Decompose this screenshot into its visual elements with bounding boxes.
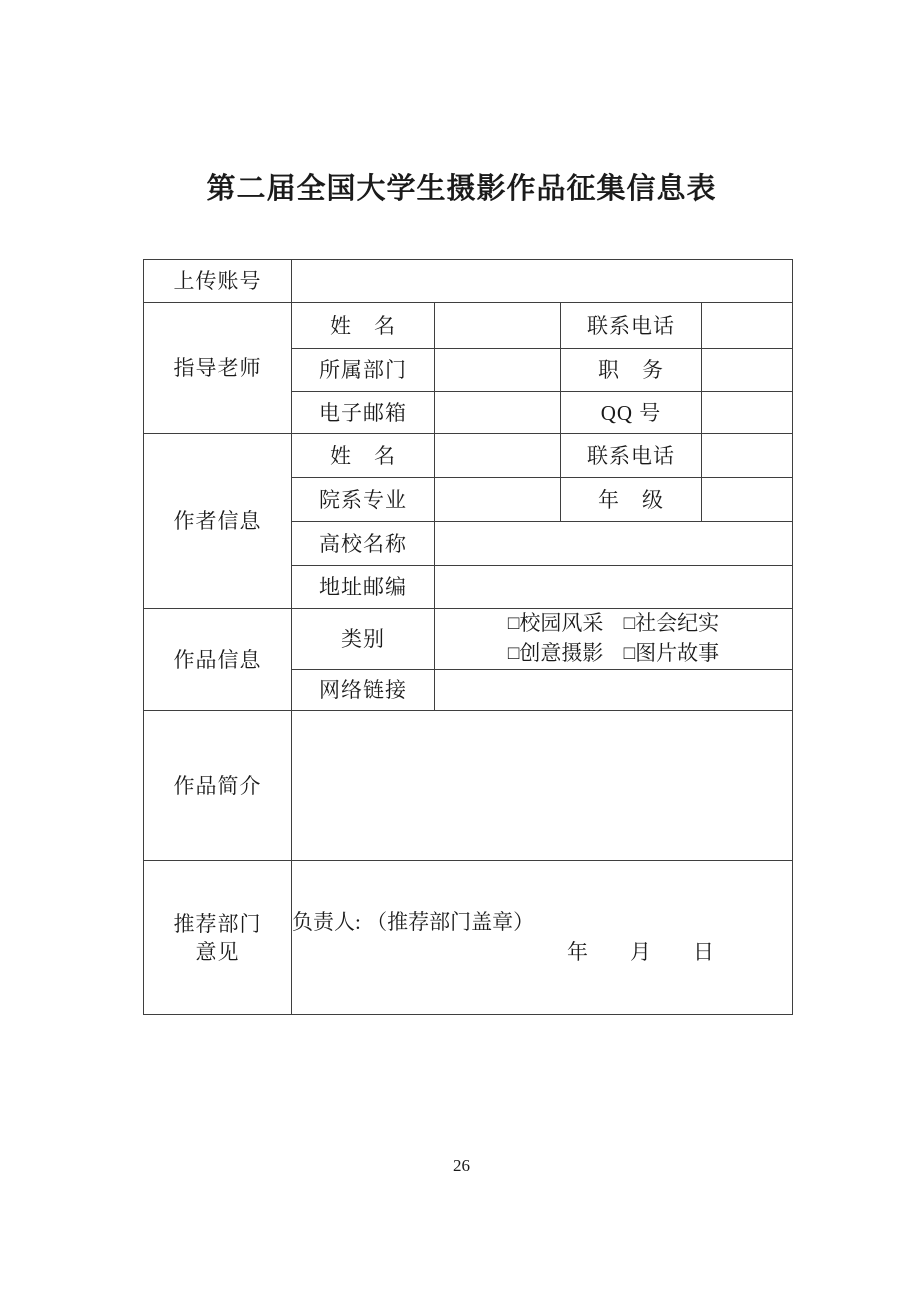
advisor-phone-field[interactable] — [702, 303, 793, 349]
author-address-label: 地址邮编 — [292, 566, 435, 609]
checkbox-option-creative[interactable]: □创意摄影 — [508, 639, 603, 669]
checkbox-icon: □ — [508, 640, 519, 668]
author-section-label: 作者信息 — [144, 434, 292, 609]
advisor-section-label: 指导老师 — [144, 303, 292, 434]
author-phone-field[interactable] — [702, 434, 793, 478]
author-major-field[interactable] — [435, 478, 561, 522]
form-title: 第二届全国大学生摄影作品征集信息表 — [0, 170, 923, 208]
upload-account-field[interactable] — [292, 260, 793, 303]
author-major-label: 院系专业 — [292, 478, 435, 522]
table-row: 指导老师 姓 名 联系电话 — [144, 303, 793, 349]
advisor-department-label: 所属部门 — [292, 349, 435, 392]
checkbox-option-society[interactable]: □社会纪实 — [624, 609, 719, 639]
checkbox-option-photostory[interactable]: □图片故事 — [624, 639, 719, 669]
recommendation-field[interactable]: 负责人: （推荐部门盖章） 年 月 日 — [292, 861, 793, 1015]
upload-account-label: 上传账号 — [144, 260, 292, 303]
advisor-email-label: 电子邮箱 — [292, 392, 435, 434]
table-row: 作者信息 姓 名 联系电话 — [144, 434, 793, 478]
author-grade-label: 年 级 — [561, 478, 702, 522]
advisor-name-label: 姓 名 — [292, 303, 435, 349]
advisor-email-field[interactable] — [435, 392, 561, 434]
checkbox-option-campus[interactable]: □校园风采 — [508, 609, 603, 639]
author-phone-label: 联系电话 — [561, 434, 702, 478]
table-row: 上传账号 — [144, 260, 793, 303]
category-options-line: □校园风采 □社会纪实 — [435, 609, 792, 639]
author-name-field[interactable] — [435, 434, 561, 478]
work-link-label: 网络链接 — [292, 670, 435, 711]
checkbox-option-label: 创意摄影 — [519, 641, 603, 665]
work-category-label: 类别 — [292, 609, 435, 670]
date-line: 年 月 日 — [292, 938, 792, 967]
advisor-qq-field[interactable] — [702, 392, 793, 434]
document-page: 第二届全国大学生摄影作品征集信息表 上传账号 指导老师 姓 名 联系电话 — [0, 0, 923, 1305]
table-row: 推荐部门 意见 负责人: （推荐部门盖章） 年 月 日 — [144, 861, 793, 1015]
author-university-label: 高校名称 — [292, 522, 435, 566]
work-link-field[interactable] — [435, 670, 793, 711]
author-name-label: 姓 名 — [292, 434, 435, 478]
checkbox-icon: □ — [508, 610, 519, 638]
category-options-line: □创意摄影 □图片故事 — [435, 639, 792, 669]
work-section-label: 作品信息 — [144, 609, 292, 711]
checkbox-option-label: 图片故事 — [635, 641, 719, 665]
checkbox-option-label: 社会纪实 — [635, 611, 719, 635]
advisor-qq-label: QQ 号 — [561, 392, 702, 434]
intro-section-label: 作品简介 — [144, 711, 292, 861]
table-row: 作品信息 类别 □校园风采 □社会纪实 □创意摄影 □图片故事 — [144, 609, 793, 670]
advisor-phone-label: 联系电话 — [561, 303, 702, 349]
intro-field[interactable] — [292, 711, 793, 861]
advisor-department-field[interactable] — [435, 349, 561, 392]
info-table: 上传账号 指导老师 姓 名 联系电话 所属部门 职 务 电子邮箱 QQ 号 — [143, 259, 793, 1015]
author-grade-field[interactable] — [702, 478, 793, 522]
checkbox-icon: □ — [624, 610, 635, 638]
recommendation-section-label: 推荐部门 意见 — [144, 861, 292, 1015]
author-university-field[interactable] — [435, 522, 793, 566]
signer-line: 负责人: （推荐部门盖章） — [292, 908, 792, 937]
table-row: 作品简介 — [144, 711, 793, 861]
advisor-position-label: 职 务 — [561, 349, 702, 392]
checkbox-icon: □ — [624, 640, 635, 668]
page-number: 26 — [0, 1156, 923, 1176]
advisor-name-field[interactable] — [435, 303, 561, 349]
advisor-position-field[interactable] — [702, 349, 793, 392]
author-address-field[interactable] — [435, 566, 793, 609]
work-category-options: □校园风采 □社会纪实 □创意摄影 □图片故事 — [435, 609, 793, 670]
checkbox-option-label: 校园风采 — [519, 611, 603, 635]
